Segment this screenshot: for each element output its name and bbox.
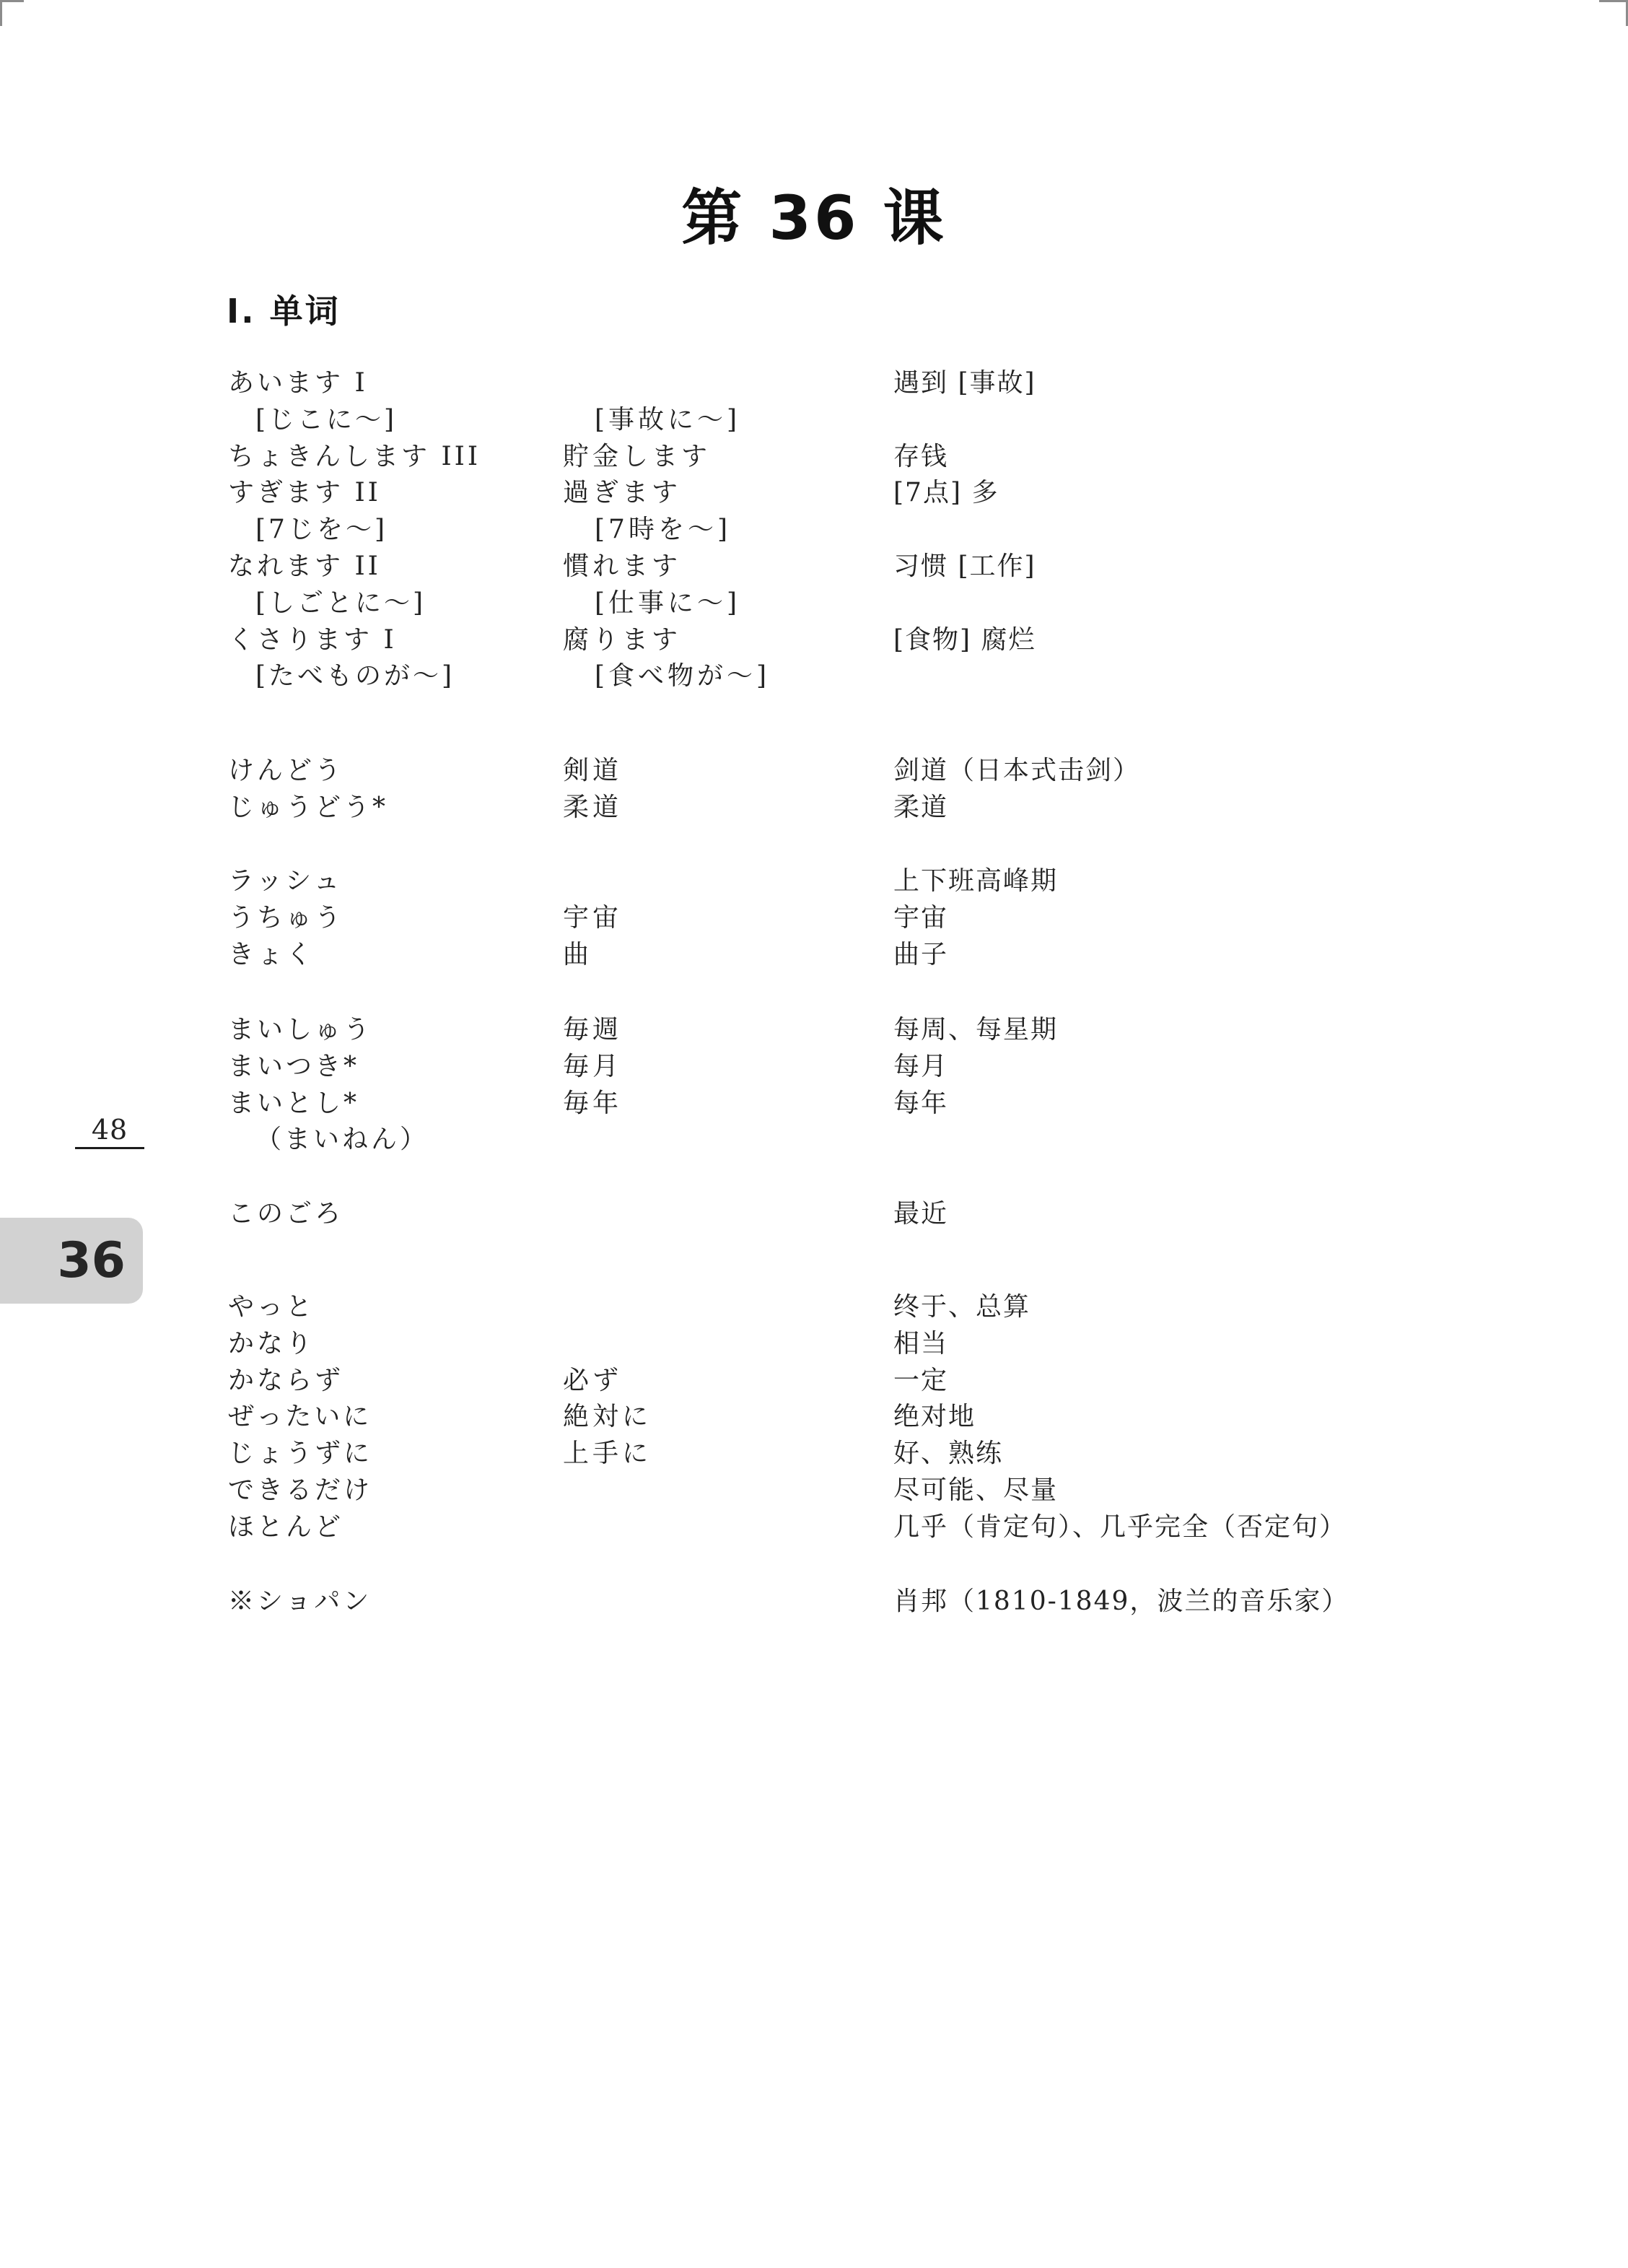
vocab-row: うちゅう宇宙宇宙 — [0, 903, 1628, 939]
kanji-text: [食べ物が～] — [595, 661, 770, 691]
chinese-text: 遇到 [事故] — [893, 368, 1036, 398]
kana-text: ラッシュ — [228, 866, 343, 896]
kanji-text: 宇宙 — [563, 903, 622, 933]
kana-text: じゅうどう* — [228, 793, 388, 822]
kana-text: ちょきんします III — [228, 442, 481, 471]
kana-text: きょく — [228, 940, 315, 969]
kana-text: じょうずに — [228, 1439, 372, 1468]
kana-text: くさります I — [228, 625, 397, 655]
kanji-text: 毎年 — [563, 1089, 622, 1118]
kanji-text: 慣れます — [563, 551, 681, 581]
chinese-text: 上下班高峰期 — [893, 866, 1058, 896]
vocab-row: かなり相当 — [0, 1329, 1628, 1365]
chinese-text: 几乎（肯定句）、几乎完全（否定句） — [893, 1512, 1347, 1542]
kana-text: ぜったいに — [228, 1402, 372, 1431]
vocab-row: [しごとに～][仕事に～] — [0, 588, 1628, 624]
chinese-text: 宇宙 — [893, 903, 948, 933]
kanji-text: 曲 — [563, 940, 592, 969]
lesson-tab: 36 — [0, 1218, 143, 1304]
kana-text: まいつき* — [228, 1052, 359, 1081]
vocab-row: まいとし*毎年每年 — [0, 1089, 1628, 1125]
vocab-row: [たべものが～][食べ物が～] — [0, 661, 1628, 697]
kana-text: けんどう — [228, 756, 343, 785]
kana-text: （まいねん） — [255, 1125, 429, 1154]
chinese-text: 最近 — [893, 1199, 948, 1229]
vocab-row: [7じを～][7時を～] — [0, 515, 1628, 551]
kanji-text: 絶対に — [563, 1402, 652, 1431]
chinese-text: 每年 — [893, 1089, 948, 1118]
kana-text: このごろ — [228, 1199, 343, 1229]
page-number-underline — [75, 1147, 144, 1149]
chinese-text: 每周、每星期 — [893, 1015, 1058, 1044]
chinese-text: 习惯 [工作] — [893, 551, 1036, 581]
chinese-text: 肖邦（1810-1849，波兰的音乐家） — [893, 1587, 1349, 1616]
vocab-row: すぎます II過ぎます[7点] 多 — [0, 478, 1628, 514]
chinese-text: 存钱 — [893, 442, 948, 471]
kana-text: かなり — [228, 1329, 315, 1358]
kana-text: できるだけ — [228, 1475, 372, 1505]
lesson-tab-number: 36 — [57, 1237, 126, 1286]
kana-text: まいしゅう — [228, 1015, 372, 1044]
kana-text: ※ショパン — [228, 1587, 372, 1616]
vocab-row: まいつき*毎月每月 — [0, 1052, 1628, 1088]
vocab-row: ほとんど几乎（肯定句）、几乎完全（否定句） — [0, 1512, 1628, 1548]
kana-text: あいます I — [228, 368, 368, 398]
kana-text: やっと — [228, 1292, 315, 1322]
kana-text: かならず — [228, 1366, 343, 1395]
vocab-row: あいます I遇到 [事故] — [0, 368, 1628, 404]
kana-text: [しごとに～] — [255, 588, 426, 618]
kana-text: うちゅう — [228, 903, 343, 933]
kanji-text: 柔道 — [563, 793, 622, 822]
chinese-text: [7点] 多 — [893, 478, 999, 507]
chinese-text: 终于、总算 — [893, 1292, 1030, 1322]
vocab-row: じゅうどう*柔道柔道 — [0, 793, 1628, 829]
kana-text: [じこに～] — [255, 405, 397, 435]
kanji-text: 上手に — [563, 1439, 652, 1468]
vocab-row: なれます II慣れます习惯 [工作] — [0, 551, 1628, 588]
kana-text: なれます II — [228, 551, 381, 581]
vocab-row: ぜったいに絶対に绝对地 — [0, 1402, 1628, 1438]
vocab-row: かならず必ず一定 — [0, 1366, 1628, 1402]
kana-text: ほとんど — [228, 1512, 343, 1542]
page-number: 48 — [75, 1116, 144, 1143]
kanji-text: 必ず — [563, 1366, 622, 1395]
kanji-text: 過ぎます — [563, 478, 681, 507]
chinese-text: 柔道 — [893, 793, 948, 822]
kanji-text: [事故に～] — [595, 405, 740, 435]
chinese-text: 好、熟练 — [893, 1439, 1003, 1468]
vocabulary-list: あいます I遇到 [事故][じこに～][事故に～]ちょきんします III貯金しま… — [0, 0, 1628, 2268]
vocab-row: このごろ最近 — [0, 1199, 1628, 1235]
vocab-row: じょうずに上手に好、熟练 — [0, 1439, 1628, 1475]
chinese-text: [食物] 腐烂 — [893, 625, 1036, 655]
kanji-text: 剣道 — [563, 756, 622, 785]
kana-text: まいとし* — [228, 1089, 359, 1118]
textbook-page: 第 36 课 I. 单词 あいます I遇到 [事故][じこに～][事故に～]ちょ… — [0, 0, 1628, 2268]
vocab-row: けんどう剣道剑道（日本式击剑） — [0, 756, 1628, 792]
kanji-text: [7時を～] — [595, 515, 731, 544]
vocab-row: [じこに～][事故に～] — [0, 405, 1628, 441]
chinese-text: 剑道（日本式击剑） — [893, 756, 1140, 785]
kanji-text: 腐ります — [563, 625, 681, 655]
chinese-text: 每月 — [893, 1052, 948, 1081]
vocab-row: きょく曲曲子 — [0, 940, 1628, 976]
vocab-row: まいしゅう毎週每周、每星期 — [0, 1015, 1628, 1051]
chinese-text: 尽可能、尽量 — [893, 1475, 1058, 1505]
kanji-text: 毎週 — [563, 1015, 622, 1044]
kanji-text: 毎月 — [563, 1052, 622, 1081]
vocab-row: ラッシュ上下班高峰期 — [0, 866, 1628, 902]
chinese-text: 一定 — [893, 1366, 948, 1395]
chinese-text: 绝对地 — [893, 1402, 976, 1431]
vocab-row: くさります I腐ります[食物] 腐烂 — [0, 625, 1628, 661]
kanji-text: 貯金します — [563, 442, 711, 471]
kanji-text: [仕事に～] — [595, 588, 740, 618]
chinese-text: 相当 — [893, 1329, 948, 1358]
vocab-row: できるだけ尽可能、尽量 — [0, 1475, 1628, 1512]
vocab-row: （まいねん） — [0, 1125, 1628, 1161]
kana-text: [たべものが～] — [255, 661, 455, 691]
kana-text: すぎます II — [228, 478, 381, 507]
chinese-text: 曲子 — [893, 940, 948, 969]
vocab-row: やっと终于、总算 — [0, 1292, 1628, 1328]
kana-text: [7じを～] — [255, 515, 388, 544]
vocab-row: ちょきんします III貯金します存钱 — [0, 442, 1628, 478]
vocab-row: ※ショパン肖邦（1810-1849，波兰的音乐家） — [0, 1587, 1628, 1623]
